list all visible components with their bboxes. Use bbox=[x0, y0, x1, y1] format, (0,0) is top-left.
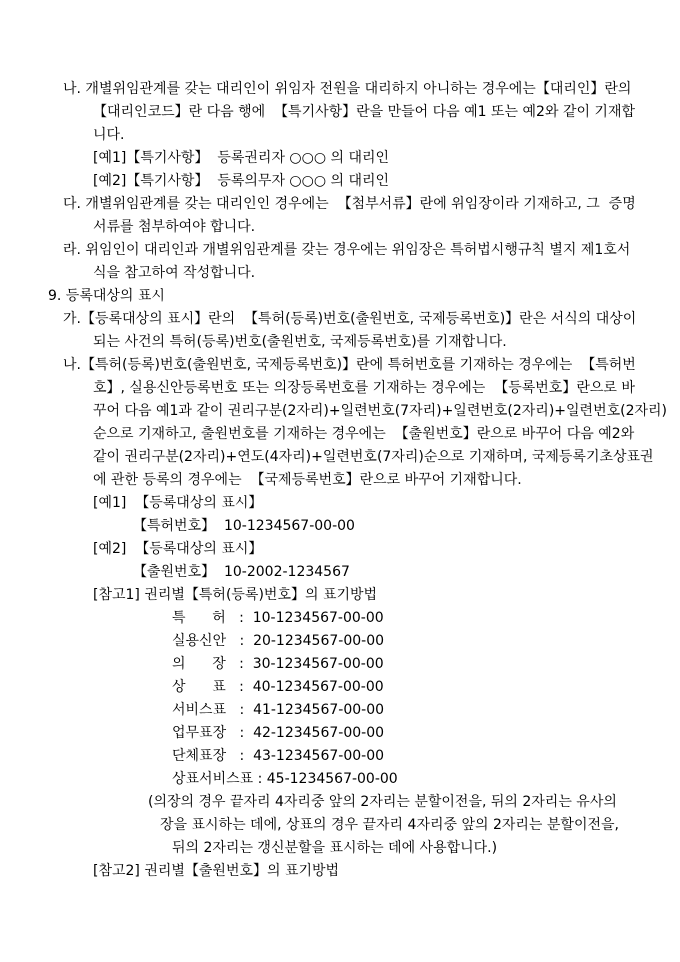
document-body: 나. 개별위임관계를 갖는 대리인이 위임자 전원을 대리하지 아니하는 경우에… bbox=[0, 78, 680, 883]
text-line: 에 관한 등록의 경우에는 【국제등록번호】란으로 바꾸어 기재합니다. bbox=[0, 469, 680, 492]
text-line: (의장의 경우 끝자리 4자리중 앞의 2자리는 분할이전을, 뒤의 2자리는 … bbox=[0, 791, 680, 814]
text-line: 되는 사건의 특허(등록)번호(출원번호, 국제등록번호)를 기재합니다. bbox=[0, 331, 680, 354]
text-line: 다. 개별위임관계를 갖는 대리인인 경우에는 【첨부서류】란에 위임장이라 기… bbox=[0, 193, 680, 216]
text-line: 가.【등록대상의 표시】란의 【특허(등록)번호(출원번호, 국제등록번호)】란… bbox=[0, 308, 680, 331]
text-line: 나. 개별위임관계를 갖는 대리인이 위임자 전원을 대리하지 아니하는 경우에… bbox=[0, 78, 680, 101]
text-line: [예2]【특기사항】 등록의무자 ○○○ 의 대리인 bbox=[0, 170, 680, 193]
text-line: 업무표장 : 42-1234567-00-00 bbox=[0, 722, 680, 745]
text-line: 【출원번호】 10-2002-1234567 bbox=[0, 561, 680, 584]
text-line: 호】, 실용신안등록번호 또는 의장등록번호를 기재하는 경우에는 【등록번호】… bbox=[0, 377, 680, 400]
text-line: [예1] 【등록대상의 표시】 bbox=[0, 492, 680, 515]
text-line: 의 장 : 30-1234567-00-00 bbox=[0, 653, 680, 676]
document-page: 나. 개별위임관계를 갖는 대리인이 위임자 전원을 대리하지 아니하는 경우에… bbox=[0, 0, 680, 962]
text-line: 니다. bbox=[0, 124, 680, 147]
text-line: 상 표 : 40-1234567-00-00 bbox=[0, 676, 680, 699]
text-line: 식을 참고하여 작성합니다. bbox=[0, 262, 680, 285]
text-line: 라. 위임인이 대리인과 개별위임관계를 갖는 경우에는 위임장은 특허법시행규… bbox=[0, 239, 680, 262]
text-line: 특 허 : 10-1234567-00-00 bbox=[0, 607, 680, 630]
text-line: [예1]【특기사항】 등록권리자 ○○○ 의 대리인 bbox=[0, 147, 680, 170]
text-line: 【특허번호】 10-1234567-00-00 bbox=[0, 515, 680, 538]
text-line: 꾸어 다음 예1과 같이 권리구분(2자리)+일련번호(7자리)+일련번호(2자… bbox=[0, 400, 680, 423]
text-line: 서류를 첨부하여야 합니다. bbox=[0, 216, 680, 239]
text-line: 실용신안 : 20-1234567-00-00 bbox=[0, 630, 680, 653]
text-line: 뒤의 2자리는 갱신분할을 표시하는 데에 사용합니다.) bbox=[0, 837, 680, 860]
text-line: [참고1] 권리별【특허(등록)번호】의 표기방법 bbox=[0, 584, 680, 607]
text-line: 순으로 기재하고, 출원번호를 기재하는 경우에는 【출원번호】란으로 바꾸어 … bbox=[0, 423, 680, 446]
text-line: 장을 표시하는 데에, 상표의 경우 끝자리 4자리중 앞의 2자리는 분할이전… bbox=[0, 814, 680, 837]
text-line: 나.【특허(등록)번호(출원번호, 국제등록번호)】란에 특허번호를 기재하는 … bbox=[0, 354, 680, 377]
text-line: 상표서비스표 : 45-1234567-00-00 bbox=[0, 768, 680, 791]
text-line: 【대리인코드】란 다음 행에 【특기사항】란을 만들어 다음 예1 또는 예2와… bbox=[0, 101, 680, 124]
text-line: [예2] 【등록대상의 표시】 bbox=[0, 538, 680, 561]
text-line: 같이 권리구분(2자리)+연도(4자리)+일련번호(7자리)순으로 기재하며, … bbox=[0, 446, 680, 469]
text-line: 9. 등록대상의 표시 bbox=[0, 285, 680, 308]
text-line: 서비스표 : 41-1234567-00-00 bbox=[0, 699, 680, 722]
text-line: [참고2] 권리별【출원번호】의 표기방법 bbox=[0, 860, 680, 883]
text-line: 단체표장 : 43-1234567-00-00 bbox=[0, 745, 680, 768]
